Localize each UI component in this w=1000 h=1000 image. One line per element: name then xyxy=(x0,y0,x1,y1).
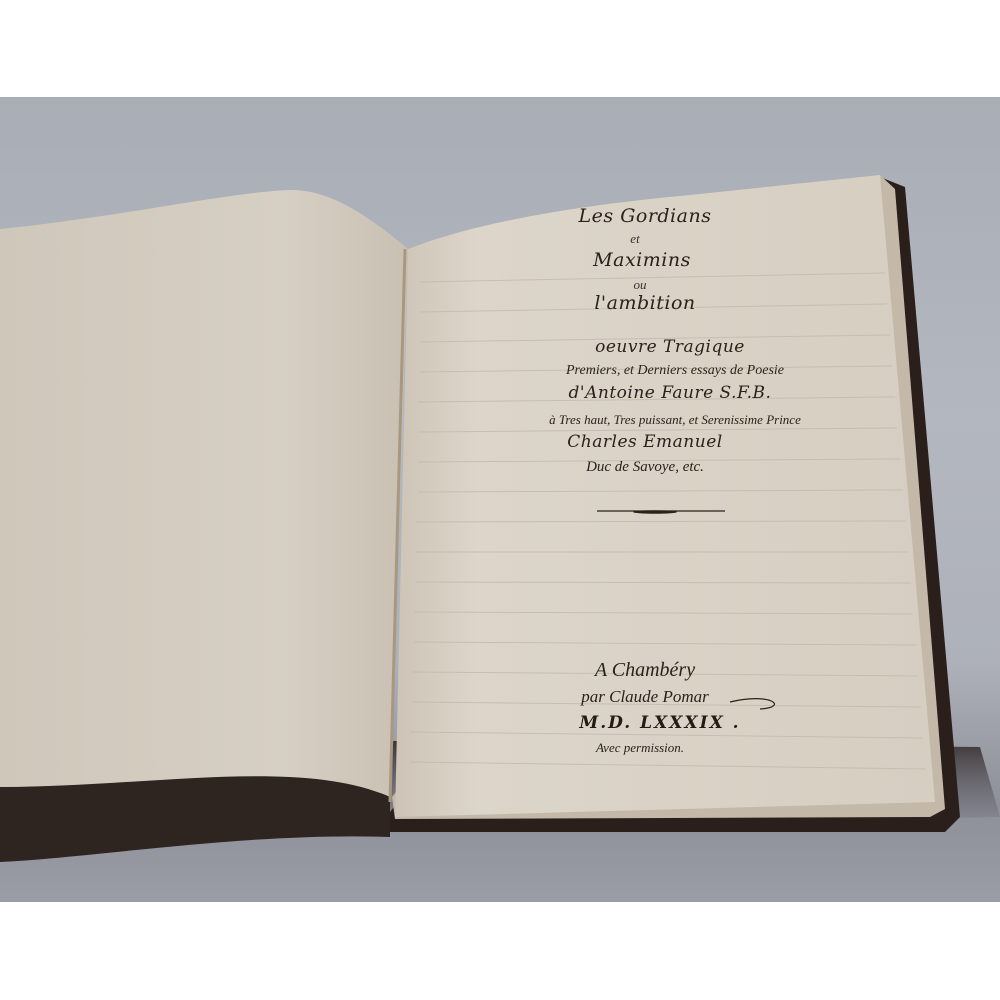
title-line-1: Les Gordians xyxy=(579,205,712,227)
dedicatee-line: Charles Emanuel xyxy=(567,432,722,452)
title-line-3: Maximins xyxy=(593,249,691,271)
subtitle-line: Premiers, et Derniers essays de Poesie xyxy=(566,363,784,379)
printer-line: par Claude Pomar xyxy=(581,687,709,707)
dedication-line: à Tres haut, Tres puissant, et Serenissi… xyxy=(549,412,801,428)
title-line-2: et xyxy=(630,231,639,247)
book-photo: Les Gordians et Maximins ou l'ambition o… xyxy=(0,97,1000,902)
dedicatee-title-line: Duc de Savoye, etc. xyxy=(586,459,704,476)
permission-line: Avec permission. xyxy=(596,740,684,756)
genre-line: oeuvre Tragique xyxy=(595,337,745,357)
title-line-4: ou xyxy=(634,277,647,293)
place-line: A Chambéry xyxy=(595,659,695,682)
title-page-text: Les Gordians et Maximins ou l'ambition o… xyxy=(430,177,910,827)
title-line-5: l'ambition xyxy=(594,292,695,314)
author-line: d'Antoine Faure S.F.B. xyxy=(569,383,772,403)
year-line: M.D. LXXXIX . xyxy=(579,713,740,733)
